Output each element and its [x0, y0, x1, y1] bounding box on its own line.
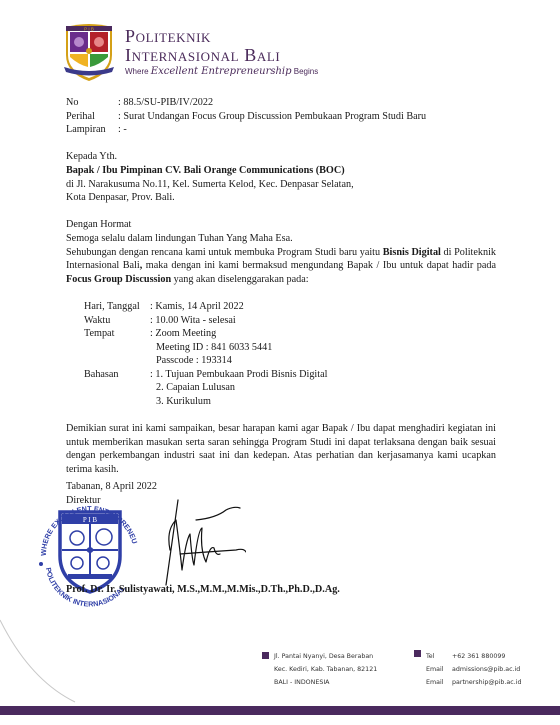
event-label: Bahasan	[84, 368, 150, 382]
agenda-item: 2. Capaian Lulusan	[150, 381, 496, 395]
contact-label: Tel	[426, 650, 452, 663]
svg-text:P I B: P I B	[84, 26, 94, 31]
meta-value: : Surat Undangan Focus Group Discussion …	[118, 110, 496, 124]
meta-attachment: Lampiran : -	[66, 123, 496, 137]
agenda-row: Bahasan : 1. Tujuan Pembukaan Prodi Bisn…	[84, 368, 496, 382]
event-value: : Zoom Meeting	[150, 327, 496, 341]
letter-meta: No : 88.5/SU-PIB/IV/2022 Perihal : Surat…	[66, 96, 496, 137]
footer-address: Jl. Pantai Nyanyi, Desa Beraban Kec. Ked…	[262, 650, 377, 689]
passcode-row: Passcode : 193314	[84, 354, 496, 368]
recipient-block: Kepada Yth. Bapak / Ibu Pimpinan CV. Bal…	[66, 150, 496, 204]
meta-value: : -	[118, 123, 496, 137]
meta-label: Perihal	[66, 110, 118, 124]
letter-body: No : 88.5/SU-PIB/IV/2022 Perihal : Surat…	[66, 96, 496, 477]
passcode: Passcode : 193314	[150, 354, 496, 368]
agenda-row: 3. Kurikulum	[84, 395, 496, 409]
meeting-id-row: Meeting ID : 841 6033 5441	[84, 341, 496, 355]
address-line: BALI - INDONESIA	[262, 676, 377, 689]
event-place-row: Tempat : Zoom Meeting	[84, 327, 496, 341]
partnership-email: partnership@pib.ac.id	[452, 676, 522, 689]
admissions-email: admissions@pib.ac.id	[452, 663, 520, 676]
event-value: : 10.00 Wita - selesai	[150, 314, 496, 328]
event-name: Focus Group Discussion	[66, 274, 171, 285]
meta-label: No	[66, 96, 118, 110]
contact-label: Email	[426, 663, 452, 676]
tagline: Where Excellent Entrepreneurship Begins	[125, 67, 318, 77]
meta-label: Lampiran	[66, 123, 118, 137]
institution-name-line2: Internasional Bali	[125, 46, 318, 64]
footer-contacts: Tel+62 361 880099 Emailadmissions@pib.ac…	[414, 650, 522, 689]
meta-value: : 88.5/SU-PIB/IV/2022	[118, 96, 496, 110]
meta-number: No : 88.5/SU-PIB/IV/2022	[66, 96, 496, 110]
event-label: Waktu	[84, 314, 150, 328]
letterhead: P I B Politeknik Internasional Bali Wher…	[62, 20, 318, 84]
greeting: Dengan Hormat	[66, 218, 496, 232]
intro-text: yang akan diselenggarakan pada:	[171, 274, 308, 285]
intro-text: maka dengan ini kami bermaksud mengundan…	[142, 260, 496, 271]
contact-label: Email	[426, 676, 452, 689]
address-line: Kec. Kediri, Kab. Tabanan, 82121	[262, 663, 377, 676]
event-time-row: Waktu : 10.00 Wita - selesai	[84, 314, 496, 328]
contact-bullet-icon	[414, 650, 421, 657]
recipient-salutation: Kepada Yth.	[66, 150, 496, 164]
opening-block: Dengan Hormat Semoga selalu dalam lindun…	[66, 218, 496, 286]
event-value: : Kamis, 14 April 2022	[150, 300, 496, 314]
program-name: Bisnis Digital	[383, 247, 441, 258]
intro-text: Sehubungan dengan rencana kami untuk mem…	[66, 247, 383, 258]
tagline-suffix: Begins	[294, 67, 318, 76]
meeting-id: Meeting ID : 841 6033 5441	[150, 341, 496, 355]
phone-number: +62 361 880099	[452, 650, 505, 663]
agenda-row: 2. Capaian Lulusan	[84, 381, 496, 395]
signatory-name: Prof. Dr. Ir. Sulistyawati, M.S.,M.M.,M.…	[66, 584, 340, 595]
institution-name-line1: Politeknik	[125, 27, 318, 45]
address-line: Jl. Pantai Nyanyi, Desa Beraban	[274, 653, 373, 660]
handwritten-signature	[136, 490, 246, 590]
recipient-address-line2: Kota Denpasar, Prov. Bali.	[66, 191, 496, 205]
recipient-name: Bapak / Ibu Pimpinan CV. Bali Orange Com…	[66, 165, 345, 176]
institution-crest-logo: P I B	[62, 21, 116, 83]
event-label: Tempat	[84, 327, 150, 341]
decorative-curve	[0, 600, 100, 710]
location-bullet-icon	[262, 652, 269, 659]
institution-name: Politeknik Internasional Bali Where Exce…	[125, 27, 318, 77]
event-label: Hari, Tanggal	[84, 300, 150, 314]
closing-paragraph: Demikian surat ini kami sampaikan, besar…	[66, 422, 496, 476]
signature-block: Tabanan, 8 April 2022 Direktur WHERE EXC…	[66, 480, 466, 600]
svg-text:P I B: P I B	[83, 516, 97, 524]
recipient-address-line1: di Jl. Narakusuma No.11, Kel. Sumerta Ke…	[66, 178, 496, 192]
tagline-prefix: Where	[125, 67, 149, 76]
meta-subject: Perihal : Surat Undangan Focus Group Dis…	[66, 110, 496, 124]
event-details: Hari, Tanggal : Kamis, 14 April 2022 Wak…	[84, 300, 496, 409]
blessing: Semoga selalu dalam lindungan Tuhan Yang…	[66, 232, 496, 246]
agenda-item: : 1. Tujuan Pembukaan Prodi Bisnis Digit…	[150, 368, 496, 382]
event-date-row: Hari, Tanggal : Kamis, 14 April 2022	[84, 300, 496, 314]
agenda-item: 3. Kurikulum	[150, 395, 496, 409]
intro-paragraph: Sehubungan dengan rencana kami untuk mem…	[66, 246, 496, 287]
tagline-script: Excellent Entrepreneurship	[151, 66, 292, 77]
